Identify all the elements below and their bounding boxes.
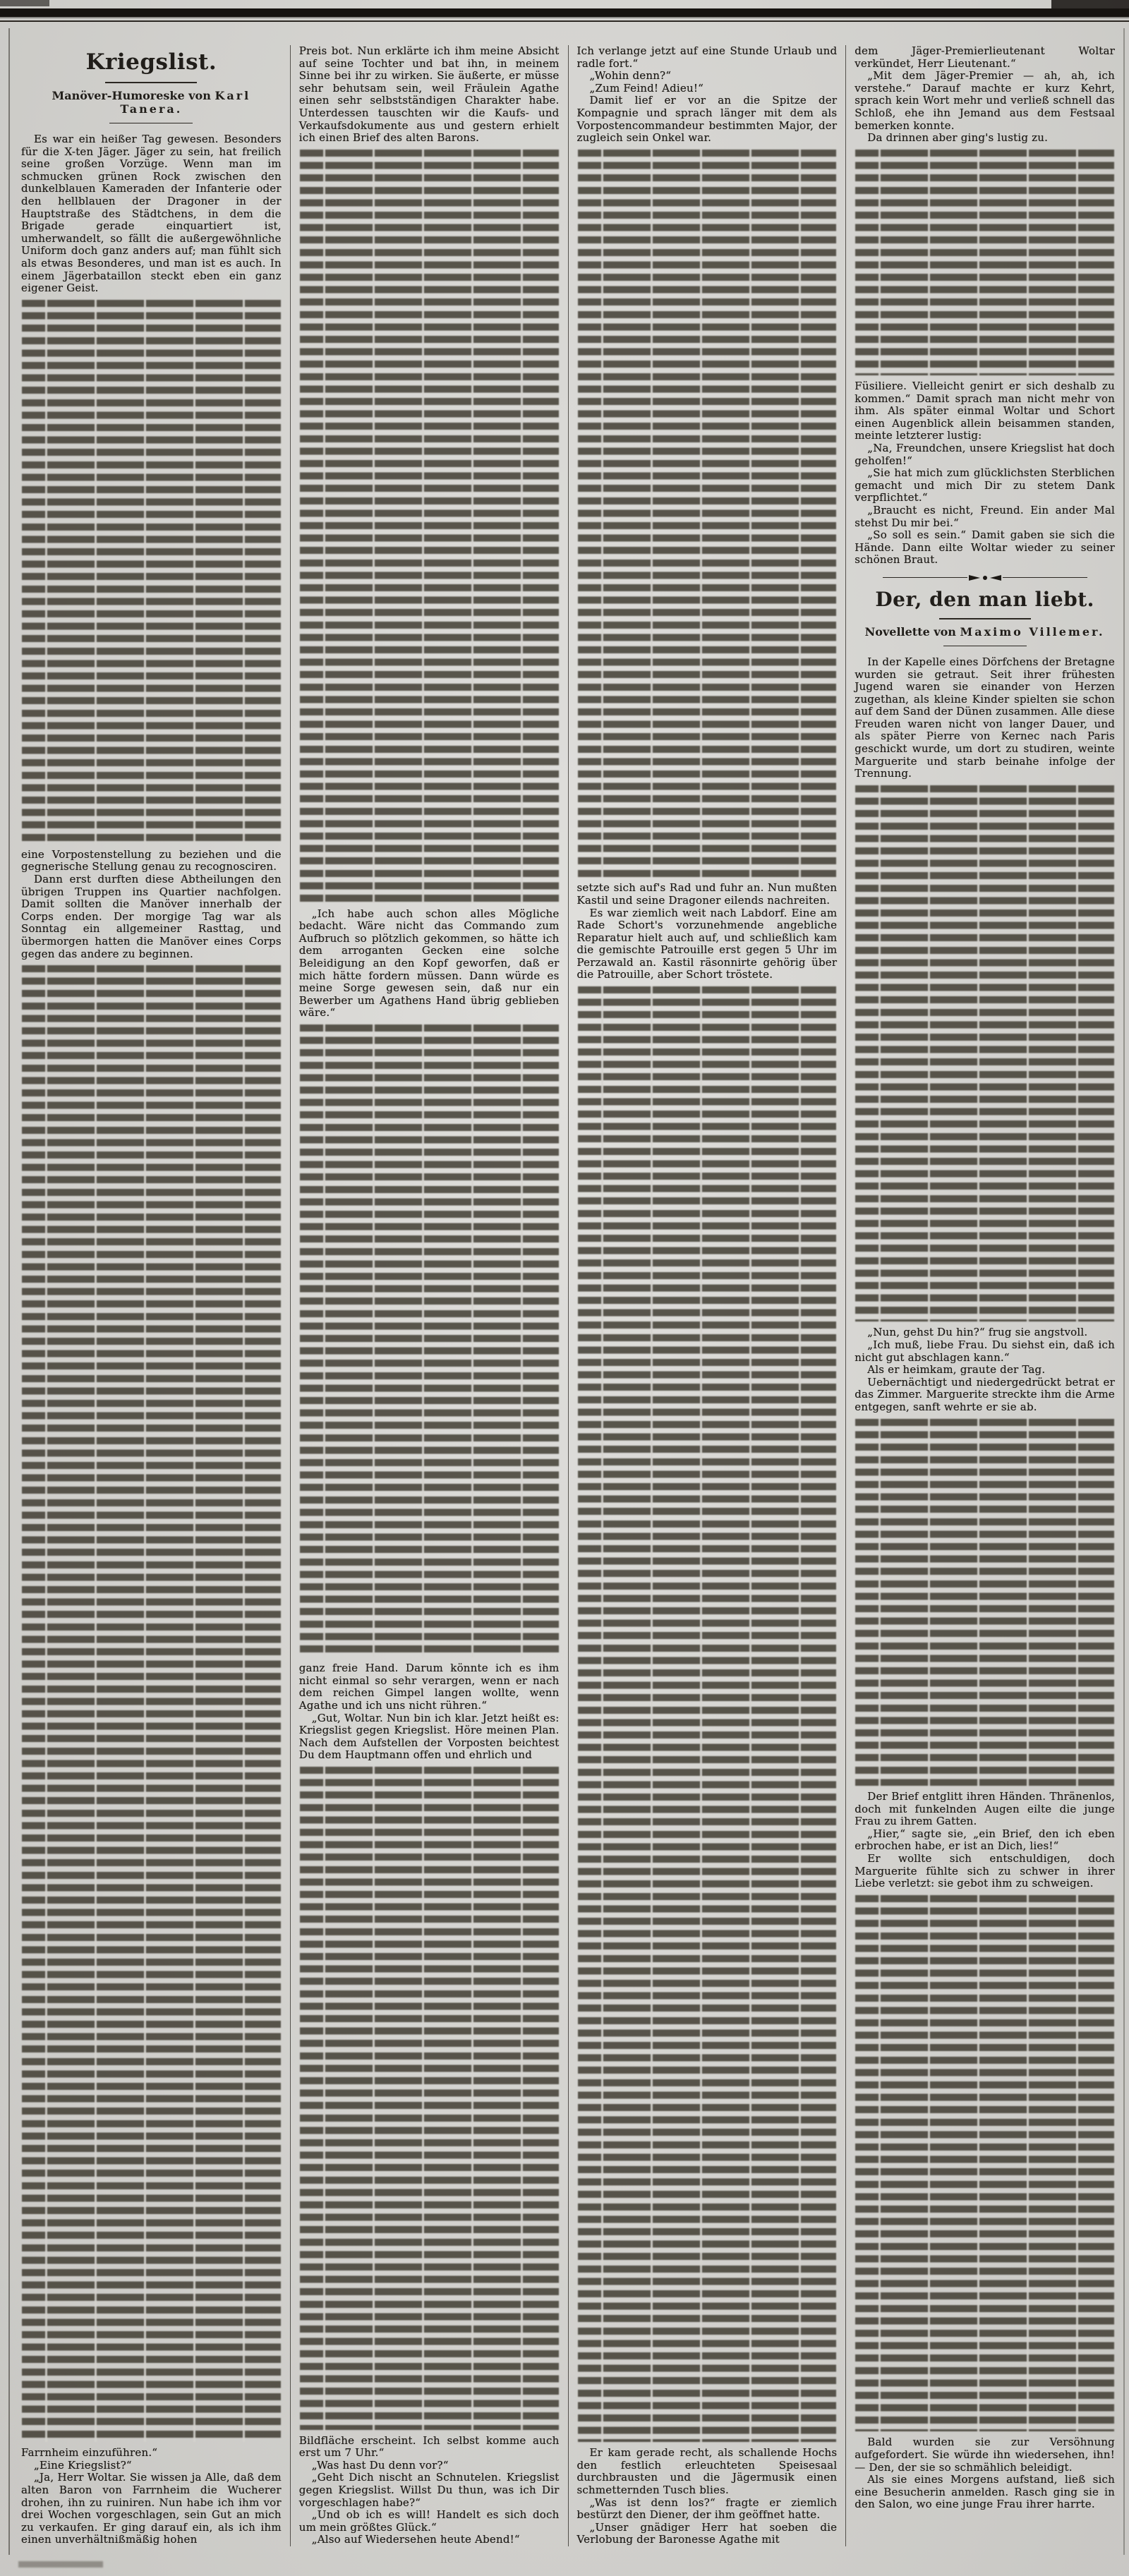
paragraph: Uebernächtigt und niedergedrückt betrat … — [855, 1377, 1115, 1414]
page-edge-rule — [1123, 28, 1125, 2555]
unread-text-block — [855, 785, 1114, 1322]
paragraph: Es war ein heißer Tag gewesen. Besonders… — [21, 133, 282, 295]
paragraph: In der Kapelle eines Dörfchens der Breta… — [855, 656, 1115, 780]
text-segment: eine Vorpostenstellung zu beziehen und d… — [21, 849, 282, 960]
text-segment: „Nun, gehst Du hin?“ frug sie angstvoll.… — [855, 1326, 1115, 1413]
paragraph: Ich verlange jetzt auf eine Stunde Urlau… — [577, 45, 838, 70]
story1-byline: Manöver-Humoreske von Karl Tanera. — [21, 89, 282, 116]
paragraph: Als sie eines Morgens aufstand, ließ sic… — [855, 2474, 1115, 2511]
column-rule — [568, 45, 569, 2546]
text-segment: ganz freie Hand. Darum könnte ich es ihm… — [299, 1662, 560, 1762]
story1-header: Kriegslist. Manöver-Humoreske von Karl T… — [21, 45, 282, 129]
byline-rule — [943, 646, 1027, 646]
paragraph: „Ich muß, liebe Frau. Du siehst ein, daß… — [855, 1339, 1115, 1364]
paragraph: Da drinnen aber ging's lustig zu. — [855, 132, 1115, 145]
paragraph: „Ja, Herr Woltar. Sie wissen ja Alle, da… — [21, 2472, 282, 2546]
text-segment: setzte sich auf's Rad und fuhr an. Nun m… — [577, 882, 838, 981]
paragraph: „Na, Freundchen, unsere Kriegslist hat d… — [855, 442, 1115, 467]
text-segment: In der Kapelle eines Dörfchens der Breta… — [855, 656, 1115, 780]
story1-title: Kriegslist. — [21, 49, 282, 75]
divider-line — [1003, 577, 1087, 578]
story-divider — [855, 575, 1115, 581]
column-rule — [290, 45, 291, 2546]
text-segment: Der Brief entglitt ihren Händen. Thränen… — [855, 1791, 1115, 1890]
text-segment: Ich verlange jetzt auf eine Stunde Urlau… — [577, 45, 838, 145]
masthead-rule-thick — [0, 8, 1129, 17]
paragraph: Er kam gerade recht, als schallende Hoch… — [577, 2447, 838, 2496]
paragraph: „So soll es sein.“ Damit gaben sie sich … — [855, 529, 1115, 567]
paragraph: „Braucht es nicht, Freund. Ein ander Mal… — [855, 504, 1115, 529]
text-segment: Bildfläche erscheint. Ich selbst komme a… — [299, 2435, 560, 2546]
unread-text-block — [578, 986, 837, 2442]
paragraph: Als er heimkam, graute der Tag. — [855, 1364, 1115, 1377]
story2-header: Der, den man liebt. Novellette von Maxim… — [855, 583, 1115, 652]
paragraph: Preis bot. Nun erklärte ich ihm meine Ab… — [299, 45, 560, 145]
paragraph: „Nun, gehst Du hin?“ frug sie angstvoll. — [855, 1326, 1115, 1339]
masthead-rule-thin — [0, 20, 1129, 22]
paragraph: setzte sich auf's Rad und fuhr an. Nun m… — [577, 882, 838, 907]
divider-line — [883, 577, 967, 578]
title-rule — [939, 618, 1031, 619]
paragraph: Bald wurden sie zur Versöhnung aufgeford… — [855, 2436, 1115, 2474]
column-1: Kriegslist. Manöver-Humoreske von Karl T… — [18, 45, 284, 2546]
unread-text-block — [300, 150, 559, 903]
divider-arrow-right-icon — [990, 575, 1001, 581]
paragraph: Es war ziemlich weit nach Labdorf. Eine … — [577, 907, 838, 982]
scan-smudge — [18, 2561, 103, 2568]
paragraph: „Hier,“ sagte sie, „ein Brief, den ich e… — [855, 1828, 1115, 1853]
text-segment: Er kam gerade recht, als schallende Hoch… — [577, 2447, 838, 2546]
paragraph: „Eine Kriegslist?“ — [21, 2460, 282, 2472]
paragraph: „Wohin denn?“ — [577, 70, 838, 83]
title-rule — [105, 82, 197, 83]
paragraph: „Und ob ich es will! Handelt es sich doc… — [299, 2509, 560, 2534]
divider-arrow-left-icon — [969, 575, 980, 581]
paragraph: ganz freie Hand. Darum könnte ich es ihm… — [299, 1662, 560, 1712]
text-segment: Füsiliere. Vielleicht genirt er sich des… — [855, 380, 1115, 567]
paragraph: Der Brief entglitt ihren Händen. Thränen… — [855, 1791, 1115, 1828]
unread-text-block — [855, 1895, 1114, 2432]
text-segment: dem Jäger-Premierlieutenant Woltar verkü… — [855, 45, 1115, 145]
column-3: Ich verlange jetzt auf eine Stunde Urlau… — [574, 45, 840, 2546]
paragraph: „Was ist denn los?“ fragte er ziemlich b… — [577, 2497, 838, 2522]
text-segment: Farrnheim einzuführen.“ „Eine Kriegslist… — [21, 2447, 282, 2546]
column-2: Preis bot. Nun erklärte ich ihm meine Ab… — [296, 45, 562, 2546]
paragraph: „Zum Feind! Adieu!“ — [577, 83, 838, 95]
column-layout: Kriegslist. Manöver-Humoreske von Karl T… — [18, 45, 1118, 2546]
byline-rule — [109, 123, 193, 123]
divider-dot-icon — [983, 576, 987, 580]
unread-text-block — [855, 150, 1114, 375]
paragraph: dem Jäger-Premierlieutenant Woltar verkü… — [855, 45, 1115, 70]
story2-title: Der, den man liebt. — [855, 588, 1115, 611]
byline-prefix: Novellette von — [865, 625, 956, 639]
unread-text-block — [22, 300, 281, 844]
column-rule — [845, 45, 846, 2546]
unread-text-block — [300, 1024, 559, 1657]
page-edge-rule — [8, 28, 10, 2555]
text-segment: Bald wurden sie zur Versöhnung aufgeford… — [855, 2436, 1115, 2511]
paragraph: „Ich habe auch schon alles Mögliche beda… — [299, 908, 560, 1020]
column-4: dem Jäger-Premierlieutenant Woltar verkü… — [852, 45, 1118, 2546]
unread-text-block — [855, 1419, 1114, 1786]
paragraph: Bildfläche erscheint. Ich selbst komme a… — [299, 2435, 560, 2460]
paragraph: Er wollte sich entschuldigen, doch Margu… — [855, 1853, 1115, 1890]
paragraph: „Sie hat mich zum glücklichsten Sterblic… — [855, 467, 1115, 504]
paragraph: eine Vorpostenstellung zu beziehen und d… — [21, 849, 282, 873]
paragraph: Dann erst durften diese Abtheilungen den… — [21, 873, 282, 960]
paragraph: „Gut, Woltar. Nun bin ich klar. Jetzt he… — [299, 1712, 560, 1762]
paragraph: „Unser gnädiger Herr hat soeben die Verl… — [577, 2522, 838, 2546]
paragraph: „Also auf Wiedersehen heute Abend!“ — [299, 2534, 560, 2546]
text-segment: „Ich habe auch schon alles Mögliche beda… — [299, 908, 560, 1020]
paragraph: Damit lief er vor an die Spitze der Komp… — [577, 95, 838, 144]
unread-text-block — [300, 1767, 559, 2430]
byline-author: Maximo Villemer. — [960, 625, 1105, 639]
paragraph: „Geht Dich nischt an Schnutelen. Kriegsl… — [299, 2472, 560, 2509]
newspaper-page: Kriegslist. Manöver-Humoreske von Karl T… — [0, 0, 1129, 2576]
story2-byline: Novellette von Maximo Villemer. — [855, 625, 1115, 639]
byline-prefix: Manöver-Humoreske von — [52, 89, 211, 102]
text-segment: Es war ein heißer Tag gewesen. Besonders… — [21, 133, 282, 295]
paragraph: Farrnheim einzuführen.“ — [21, 2447, 282, 2460]
unread-text-block — [578, 150, 837, 878]
paragraph: Füsiliere. Vielleicht genirt er sich des… — [855, 380, 1115, 442]
scan-smudge — [0, 0, 49, 6]
unread-text-block — [22, 965, 281, 2442]
paragraph: „Was hast Du denn vor?“ — [299, 2460, 560, 2472]
text-segment: Preis bot. Nun erklärte ich ihm meine Ab… — [299, 45, 560, 145]
paragraph: „Mit dem Jäger-Premier — ah, ah, ich ver… — [855, 70, 1115, 132]
